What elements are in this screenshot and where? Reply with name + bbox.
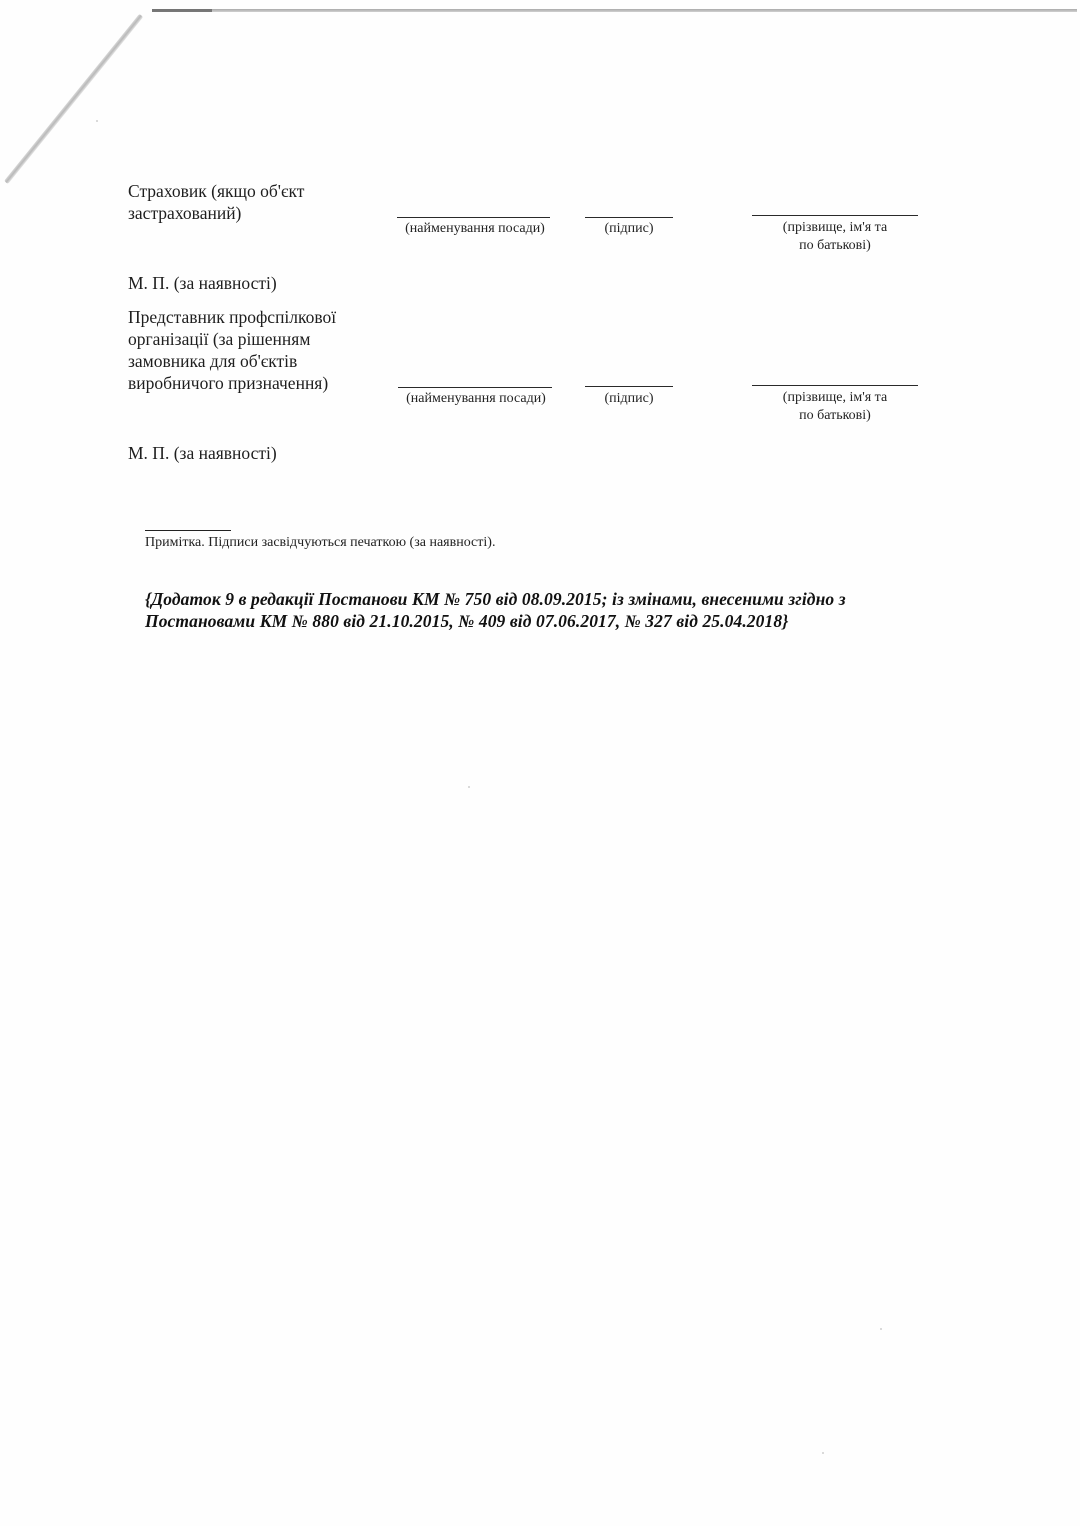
scan-speck xyxy=(468,786,470,788)
amendment-line: Постановами КМ № 880 від 21.10.2015, № 4… xyxy=(145,610,965,632)
name-caption-line: по батькові) xyxy=(752,237,918,255)
union-label-line: організації (за рішенням xyxy=(128,328,336,350)
insurer-stamp-note: М. П. (за наявності) xyxy=(128,272,277,294)
folded-corner-edge xyxy=(4,14,143,184)
footnote-rule xyxy=(145,530,231,531)
insurer-name-line xyxy=(752,215,918,216)
name-caption-line: (прізвище, ім'я та xyxy=(752,219,918,237)
scan-speck xyxy=(96,120,98,122)
insurer-name-caption: (прізвище, ім'я та по батькові) xyxy=(752,219,918,255)
page-top-edge xyxy=(152,9,1077,12)
insurer-label-line: Страховик (якщо об'єкт xyxy=(128,180,304,202)
union-signature-caption: (підпис) xyxy=(585,390,673,408)
page-top-edge-shadow xyxy=(152,9,212,12)
scanned-page: Страховик (якщо об'єкт застрахований) (н… xyxy=(0,0,1080,1526)
union-signature-line xyxy=(585,386,673,387)
scan-speck xyxy=(880,1328,882,1330)
insurer-label: Страховик (якщо об'єкт застрахований) xyxy=(128,180,304,224)
amendment-line: {Додаток 9 в редакції Постанови КМ № 750… xyxy=(145,588,965,610)
union-position-caption: (найменування посади) xyxy=(391,390,561,408)
insurer-signature-caption: (підпис) xyxy=(585,220,673,238)
union-label-line: замовника для об'єктів xyxy=(128,350,336,372)
union-name-caption: (прізвище, ім'я та по батькові) xyxy=(752,389,918,425)
insurer-signature-line xyxy=(585,217,673,218)
name-caption-line: по батькові) xyxy=(752,407,918,425)
union-representative-label: Представник профспілкової організації (з… xyxy=(128,306,336,394)
insurer-position-line xyxy=(397,217,550,218)
footnote-text: Примітка. Підписи засвідчуються печаткою… xyxy=(145,534,495,552)
name-caption-line: (прізвище, ім'я та xyxy=(752,389,918,407)
union-position-line xyxy=(398,387,552,388)
insurer-position-caption: (найменування посади) xyxy=(390,220,560,238)
union-label-line: виробничого призначення) xyxy=(128,372,336,394)
union-name-line xyxy=(752,385,918,386)
union-label-line: Представник профспілкової xyxy=(128,306,336,328)
union-stamp-note: М. П. (за наявності) xyxy=(128,442,277,464)
amendment-reference: {Додаток 9 в редакції Постанови КМ № 750… xyxy=(145,588,965,632)
insurer-label-line: застрахований) xyxy=(128,202,304,224)
scan-speck xyxy=(822,1452,824,1454)
